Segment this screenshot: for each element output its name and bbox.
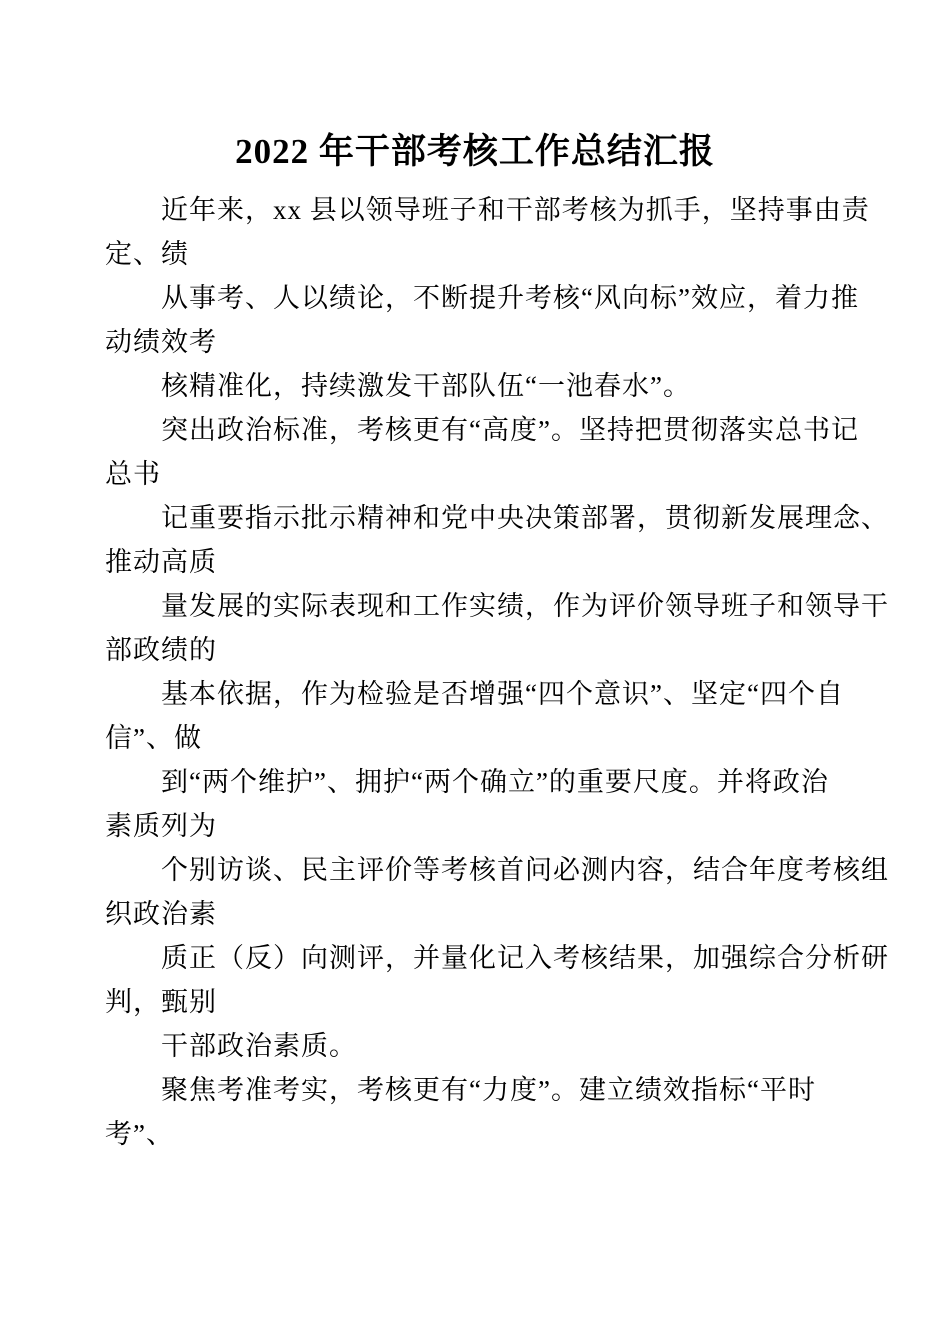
text-line: 部政绩的 <box>105 628 845 672</box>
text-line: 聚焦考准考实，考核更有“力度”。建立绩效指标“平时 <box>105 1068 845 1112</box>
text-line: 记重要指示批示精神和党中央决策部署，贯彻新发展理念、 <box>105 496 845 540</box>
text-line: 织政治素 <box>105 892 845 936</box>
text-line: 推动高质 <box>105 540 845 584</box>
text-line: 考”、 <box>105 1112 845 1156</box>
text-line: 信”、做 <box>105 716 845 760</box>
text-line: 素质列为 <box>105 804 845 848</box>
text-line: 判，甄别 <box>105 980 845 1024</box>
text-line: 定、绩 <box>105 232 845 276</box>
text-line: 总书 <box>105 452 845 496</box>
text-line: 质正（反）向测评，并量化记入考核结果，加强综合分析研 <box>105 936 845 980</box>
document-page: 2022 年干部考核工作总结汇报 近年来，xx 县以领导班子和干部考核为抓手，坚… <box>0 0 950 1344</box>
text-line: 个别访谈、民主评价等考核首问必测内容，结合年度考核组 <box>105 848 845 892</box>
text-line: 从事考、人以绩论，不断提升考核“风向标”效应，着力推 <box>105 276 845 320</box>
text-line: 量发展的实际表现和工作实绩，作为评价领导班子和领导干 <box>105 584 845 628</box>
document-body: 2022 年干部考核工作总结汇报 近年来，xx 县以领导班子和干部考核为抓手，坚… <box>0 126 950 1156</box>
text-line: 动绩效考 <box>105 320 845 364</box>
text-line: 近年来，xx 县以领导班子和干部考核为抓手，坚持事由责 <box>105 188 845 232</box>
text-line: 核精准化，持续激发干部队伍“一池春水”。 <box>105 364 845 408</box>
text-line: 基本依据，作为检验是否增强“四个意识”、坚定“四个自 <box>105 672 845 716</box>
text-line: 干部政治素质。 <box>105 1024 845 1068</box>
text-line: 突出政治标准，考核更有“高度”。坚持把贯彻落实总书记 <box>105 408 845 452</box>
document-title: 2022 年干部考核工作总结汇报 <box>105 126 845 178</box>
text-line: 到“两个维护”、拥护“两个确立”的重要尺度。并将政治 <box>105 760 845 804</box>
